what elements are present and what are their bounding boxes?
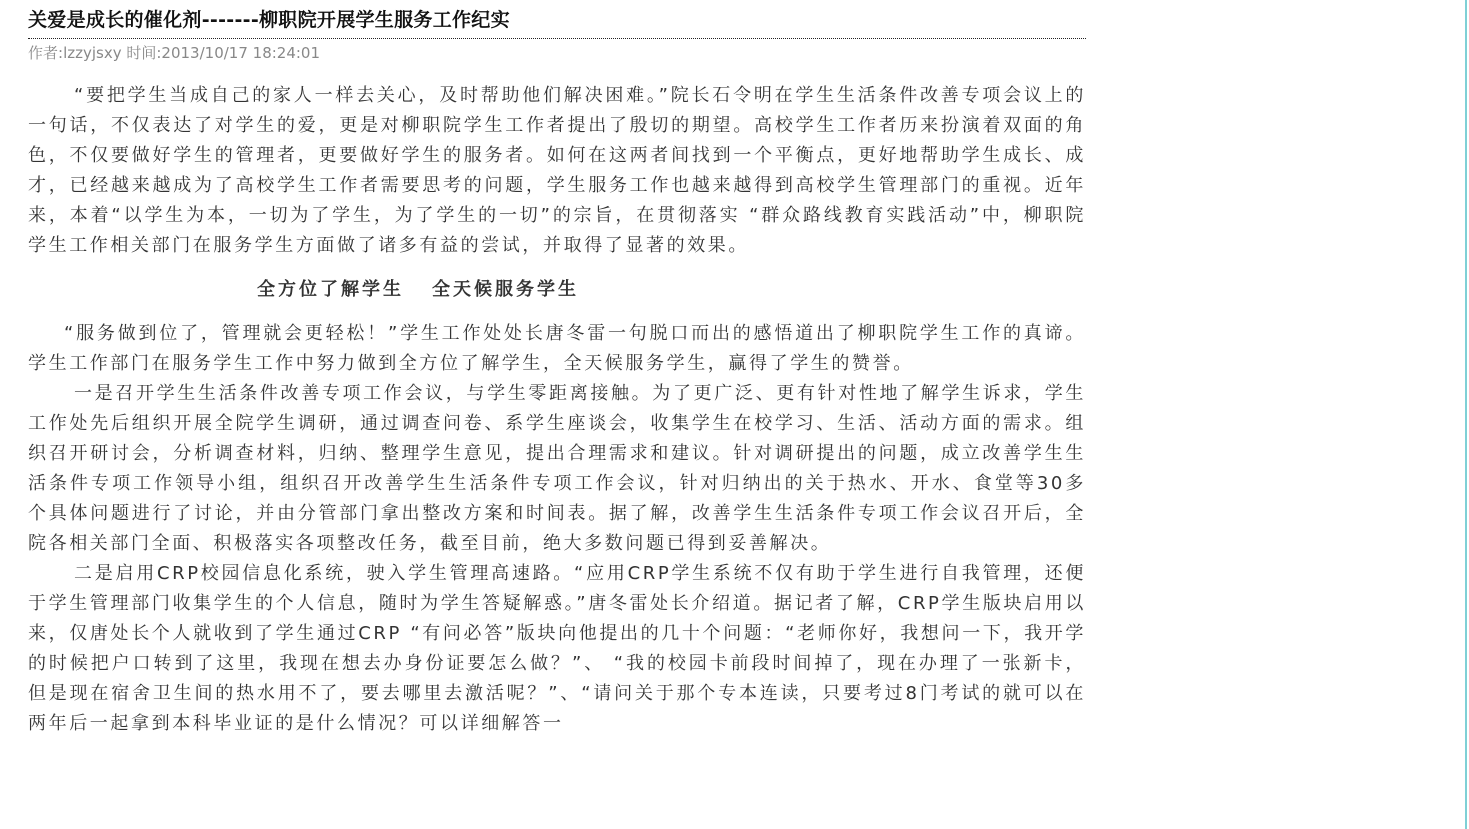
time-label: 时间: xyxy=(122,44,162,62)
section-paragraph: 一是召开学生生活条件改善专项工作会议，与学生零距离接触。为了更广泛、更有针对性地… xyxy=(28,379,1086,559)
section-heading: 全方位了解学生全天候服务学生 xyxy=(28,275,1086,305)
section-heading-part1: 全方位了解学生 xyxy=(257,279,404,300)
article: 关爱是成长的催化剂-------柳职院开展学生服务工作纪实 作者:lzzyjsx… xyxy=(28,6,1086,739)
publish-time: 2013/10/17 18:24:01 xyxy=(161,44,320,62)
intro-paragraph: “要把学生当成自己的家人一样去关心，及时帮助他们解决困难。”院长石令明在学生生活… xyxy=(28,81,1086,261)
section-paragraph: 二是启用CRP校园信息化系统，驶入学生管理高速路。“应用CRP学生系统不仅有助于… xyxy=(28,559,1086,739)
article-meta: 作者:lzzyjsxy 时间:2013/10/17 18:24:01 xyxy=(28,43,1086,63)
window-right-border xyxy=(1465,0,1467,829)
article-title: 关爱是成长的催化剂-------柳职院开展学生服务工作纪实 xyxy=(28,6,1086,39)
article-body: “要把学生当成自己的家人一样去关心，及时帮助他们解决困难。”院长石令明在学生生活… xyxy=(28,81,1086,739)
section-heading-part2: 全天候服务学生 xyxy=(432,279,579,300)
author-label: 作者: xyxy=(28,44,63,62)
section-paragraph: “服务做到位了，管理就会更轻松！”学生工作处处长唐冬雷一句脱口而出的感悟道出了柳… xyxy=(28,319,1086,379)
author-name: lzzyjsxy xyxy=(63,44,122,62)
